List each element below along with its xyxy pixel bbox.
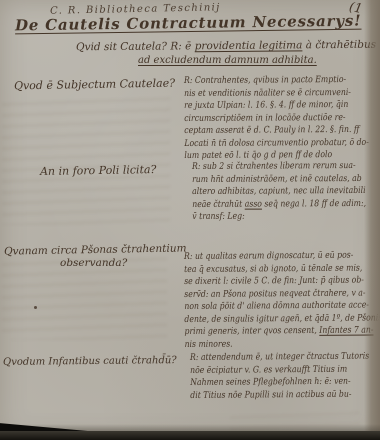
answer-line-segment: neāe čtrahūt	[192, 199, 245, 209]
answer-line-underlined: asso	[245, 199, 262, 209]
manuscript-page: C. R. Bibliotheca Teschinij (1 De Cautel…	[0, 0, 380, 440]
answer-line: nis minores.	[185, 337, 380, 351]
intro-question: Qvid sit Cautela?	[76, 40, 170, 53]
answer-line: non sola p̄ōit d' aliena dōmna authorita…	[184, 299, 380, 313]
answer-block-infantibus: R: attendendum ē, ut integer čtractus Tu…	[190, 351, 369, 402]
answer-line: ceptam asserat ē d. C. Pauly in l. 22. §…	[184, 124, 369, 138]
intro-question-line: Qvid sit Cautela? R: ē providentia legit…	[76, 39, 376, 54]
answer-line: neāe čtrahūt asso seq̄ nega l. 18 ff de …	[192, 197, 366, 211]
answer-line: se dixerit l: civile 5 C. de fin: Junt: …	[184, 274, 380, 288]
answer-line: Nahmen seines Pflegbefohlnen h: ē: ven-	[190, 376, 369, 390]
answer-line: rum hn̄t administrāōem, et inē cautelas,…	[192, 172, 366, 186]
answer-line: circumscriptiōem in in locāōe ductiōe re…	[184, 111, 369, 125]
answer-block-subjectum: R: Contrahentes, qvibus in pacto Emptio-…	[184, 74, 369, 163]
answer-line: R: sub 2 si čtrahentes liberam rerum sua…	[192, 160, 366, 174]
right-page-edge	[364, 0, 380, 440]
bottom-scan-edge	[0, 431, 380, 440]
answer-line: R: Contrahentes, qvibus in pacto Emptio-	[184, 74, 369, 88]
answer-block-foro-poli: R: sub 2 si čtrahentes liberam rerum sua…	[192, 160, 366, 224]
answer-line-segment: seq̄ nega l. 18 ff de adim:,	[262, 198, 366, 209]
question-label-personas-line2: observanda?	[60, 257, 127, 269]
answer-line: primi generis, inter qvos censent, Infan…	[184, 324, 380, 338]
answer-line: re juxta Ulpian: l. 16. §. 4. ff de mino…	[184, 99, 369, 113]
ink-spot	[34, 306, 37, 309]
ink-bleed-smudge	[2, 95, 170, 225]
answer-line: dit Titius nōe Pupilli sui in actibus aū…	[190, 388, 369, 402]
answer-line: nis et venditionis nāaliter se ē circumv…	[184, 86, 369, 100]
intro-question-line2: ad excludendum damnum adhibita.	[138, 55, 317, 66]
answer-line: R: attendendum ē, ut integer čtractus Tu…	[190, 351, 369, 365]
question-label-subjectum: Qvod ē Subjectum Cautelae?	[14, 77, 175, 93]
answer-line-segment: primi generis, inter qvos censent,	[184, 326, 319, 337]
answer-line: altero adhibitas, capiunt, nec ulla inev…	[192, 185, 366, 199]
intro-response-prefix: R: ē	[170, 40, 194, 52]
question-label-infantibus: Qvodum Infantibus cauti čtrahd̄ū?	[3, 355, 177, 368]
answer-line: Locati n̄ tn̄ dolosa circumventio probat…	[184, 136, 369, 150]
document-title: De Cautelis Contractuum Necessarys!	[15, 12, 362, 35]
answer-line: R: ut qualitas earum dignoscatur, ū eū p…	[184, 249, 380, 263]
intro-underlined-phrase: providentia legitima	[195, 39, 303, 52]
answer-block-personas: R: ut qualitas earum dignoscatur, ū eū p…	[184, 249, 380, 351]
answer-line: v̄ transf: Leg:	[192, 210, 366, 224]
question-label-foro-poli: An in foro Poli licita?	[40, 163, 157, 178]
